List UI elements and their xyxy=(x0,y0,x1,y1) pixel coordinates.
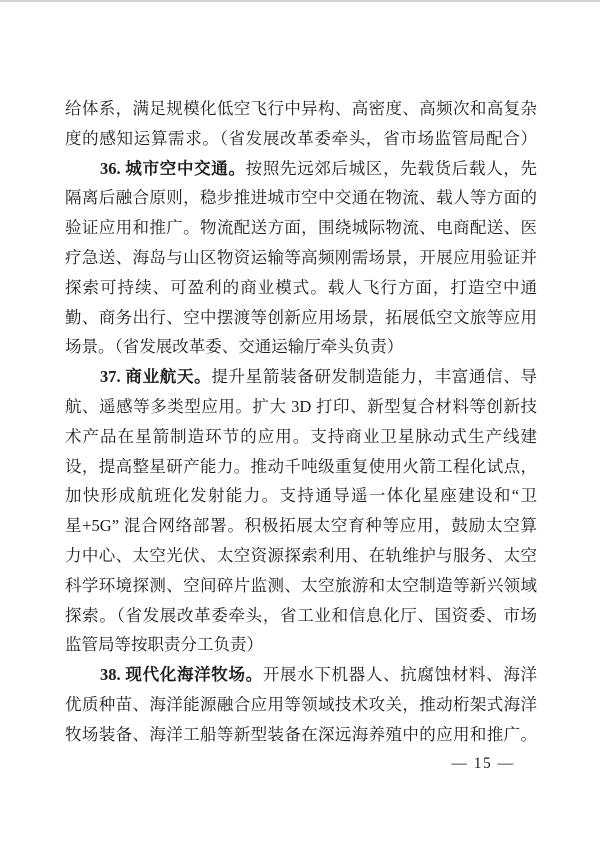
page-number: — 15 — xyxy=(436,755,530,773)
text-line: 设，提高整星研产能力。推动千吨级重复使用火箭工程化试点， xyxy=(65,452,537,482)
text-segment: 验证应用和推广。物流配送方面，围绕城际物流、电商配送、医 xyxy=(65,218,537,237)
text-line: 场景。（省发展改革委、交通运输厅牵头负责） xyxy=(65,332,537,362)
text-line: 探索可持续、可盈利的商业模式。载人飞行方面，打造空中通 xyxy=(65,273,537,303)
text-segment: 设，提高整星研产能力。推动千吨级重复使用火箭工程化试点， xyxy=(65,457,537,476)
text-segment: 牧场装备、海洋工船等新型装备在深远海养殖中的应用和推广。 xyxy=(65,725,537,744)
text-segment: 场景。（省发展改革委、交通运输厅牵头负责） xyxy=(65,337,403,356)
text-segment: 度的感知运算需求。（省发展改革委牵头，省市场监管局配合） xyxy=(65,129,537,148)
item-heading: 36. 城市空中交通。 xyxy=(100,159,246,178)
item-heading: 38. 现代化海洋牧场。 xyxy=(100,665,263,684)
text-line: 力中心、太空光伏、太空资源探索利用、在轨维护与服务、太空 xyxy=(65,541,537,571)
text-line: 星+5G” 混合网络部署。积极拓展太空育种等应用，鼓励太空算 xyxy=(65,511,537,541)
text-line: 隔离后融合原则，稳步推进城市空中交通在物流、载人等方面的 xyxy=(65,183,537,213)
text-line: 度的感知运算需求。（省发展改革委牵头，省市场监管局配合） xyxy=(65,124,537,154)
text-segment: 监管局等按职责分工负责） xyxy=(65,635,263,654)
text-segment: 优质种苗、海洋能源融合应用等领域技术攻关，推动桁架式海洋 xyxy=(65,695,537,714)
text-segment: 探索。（省发展改革委牵头，省工业和信息化厅、国资委、市场 xyxy=(65,606,537,625)
text-segment: 给体系，满足规模化低空飞行中异构、高密度、高频次和高复杂 xyxy=(65,99,537,118)
text-line: 科学环境探测、空间碎片监测、太空旅游和太空制造等新兴领域 xyxy=(65,571,537,601)
text-line: 勤、商务出行、空中摆渡等创新应用场景，拓展低空文旅等应用 xyxy=(65,303,537,333)
text-line: 探索。（省发展改革委牵头，省工业和信息化厅、国资委、市场 xyxy=(65,601,537,631)
text-segment: 术产品在星箭制造环节的应用。支持商业卫星脉动式生产线建 xyxy=(65,427,537,446)
text-segment: 按照先远郊后城区，先载货后载人，先 xyxy=(246,159,537,178)
text-line: 38. 现代化海洋牧场。开展水下机器人、抗腐蚀材料、海洋 xyxy=(65,660,537,690)
text-segment: 科学环境探测、空间碎片监测、太空旅游和太空制造等新兴领域 xyxy=(65,576,537,595)
text-segment: 提升星箭装备研发制造能力，丰富通信、导 xyxy=(211,367,537,386)
text-line: 加快形成航班化发射能力。支持通导遥一体化星座建设和“卫 xyxy=(65,481,537,511)
text-segment: 开展水下机器人、抗腐蚀材料、海洋 xyxy=(263,665,537,684)
document-page: 给体系，满足规模化低空飞行中异构、高密度、高频次和高复杂度的感知运算需求。（省发… xyxy=(0,0,600,848)
text-line: 37. 商业航天。提升星箭装备研发制造能力，丰富通信、导 xyxy=(65,362,537,392)
text-segment: 隔离后融合原则，稳步推进城市空中交通在物流、载人等方面的 xyxy=(65,188,537,207)
text-segment: 力中心、太空光伏、太空资源探索利用、在轨维护与服务、太空 xyxy=(65,546,537,565)
text-segment: 星+5G” 混合网络部署。积极拓展太空育种等应用，鼓励太空算 xyxy=(65,516,537,535)
text-segment: 疗急送、海岛与山区物资运输等高频刚需场景，开展应用验证并 xyxy=(65,248,537,267)
item-heading: 37. 商业航天。 xyxy=(100,367,211,386)
text-segment: 探索可持续、可盈利的商业模式。载人飞行方面，打造空中通 xyxy=(65,278,537,297)
document-body-text: 给体系，满足规模化低空飞行中异构、高密度、高频次和高复杂度的感知运算需求。（省发… xyxy=(65,94,537,750)
text-line: 监管局等按职责分工负责） xyxy=(65,630,537,660)
text-segment: 航、遥感等多类型应用。扩大 3D 打印、新型复合材料等创新技 xyxy=(65,397,537,416)
text-line: 验证应用和推广。物流配送方面，围绕城际物流、电商配送、医 xyxy=(65,213,537,243)
text-line: 牧场装备、海洋工船等新型装备在深远海养殖中的应用和推广。 xyxy=(65,720,537,750)
scan-edge-artifact xyxy=(0,0,600,2)
text-line: 疗急送、海岛与山区物资运输等高频刚需场景，开展应用验证并 xyxy=(65,243,537,273)
text-segment: 勤、商务出行、空中摆渡等创新应用场景，拓展低空文旅等应用 xyxy=(65,308,537,327)
text-line: 给体系，满足规模化低空飞行中异构、高密度、高频次和高复杂 xyxy=(65,94,537,124)
text-line: 优质种苗、海洋能源融合应用等领域技术攻关，推动桁架式海洋 xyxy=(65,690,537,720)
text-line: 航、遥感等多类型应用。扩大 3D 打印、新型复合材料等创新技 xyxy=(65,392,537,422)
text-line: 36. 城市空中交通。按照先远郊后城区，先载货后载人，先 xyxy=(65,154,537,184)
text-line: 术产品在星箭制造环节的应用。支持商业卫星脉动式生产线建 xyxy=(65,422,537,452)
text-segment: 加快形成航班化发射能力。支持通导遥一体化星座建设和“卫 xyxy=(65,486,537,505)
